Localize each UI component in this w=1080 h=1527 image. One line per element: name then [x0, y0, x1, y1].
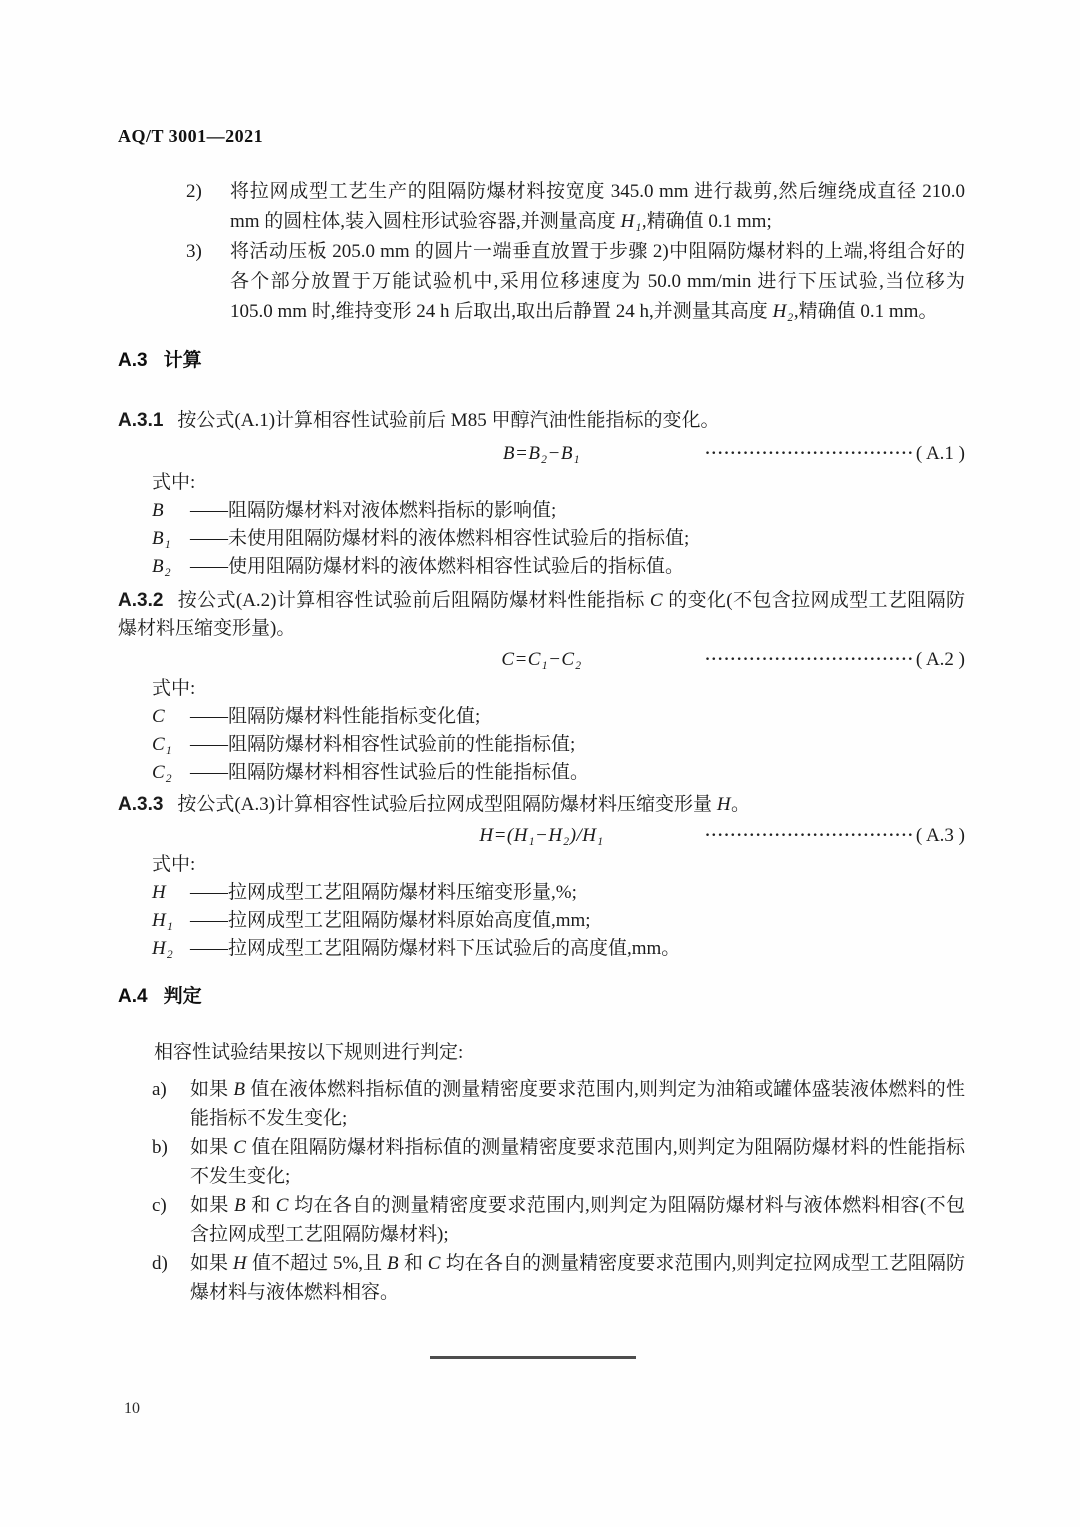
section-number: A.4: [118, 986, 148, 1007]
item-letter: c): [152, 1191, 190, 1249]
leader-dots: ·································: [705, 445, 914, 462]
paragraph-text: 按公式(A.1)计算相容性试验前后 M85 甲醇汽油性能指标的变化。: [177, 410, 719, 431]
formula-label: ( A.2 ): [916, 649, 965, 670]
definition-term: H: [152, 879, 190, 907]
formula-leader: ·································( A.3 ): [705, 821, 965, 851]
end-of-document-rule: [430, 1356, 636, 1359]
formula-a3: H=(H₁−H₂)/H₁ ···························…: [118, 821, 965, 851]
definition-term: B₁: [152, 525, 190, 553]
leader-dots: ·································: [705, 651, 914, 668]
item-text: 如果 B 值在液体燃料指标值的测量精密度要求范围内,则判定为油箱或罐体盛装液体燃…: [190, 1075, 965, 1133]
definition-description: ——未使用阻隔防爆材料的液体燃料相容性试验后的指标值;: [190, 525, 965, 553]
judgment-item: b) 如果 C 值在阻隔防爆材料指标值的测量精密度要求范围内,则判定为阻隔防爆材…: [118, 1133, 965, 1191]
section-title: 判定: [164, 986, 202, 1007]
definition-item: B——阻隔防爆材料对液体燃料指标的影响值;: [152, 497, 965, 525]
definition-description: ——使用阻隔防爆材料的液体燃料相容性试验后的指标值。: [190, 553, 965, 581]
item-text: 将活动压板 205.0 mm 的圆片一端垂直放置于步骤 2)中阻隔防爆材料的上端…: [230, 237, 965, 327]
section-heading-a4: A.4判定: [118, 985, 965, 1009]
definition-term: B: [152, 497, 190, 525]
judgment-item: c) 如果 B 和 C 均在各自的测量精密度要求范围内,则判定为阻隔防爆材料与液…: [118, 1191, 965, 1249]
paragraph-a32: A.3.2按公式(A.2)计算相容性试验前后阻隔防爆材料性能指标 C 的变化(不…: [118, 587, 965, 643]
definition-term: C: [152, 703, 190, 731]
section-title: 计算: [164, 350, 202, 371]
judgment-list: a) 如果 B 值在液体燃料指标值的测量精密度要求范围内,则判定为油箱或罐体盛装…: [118, 1075, 965, 1307]
formula-label: ( A.1 ): [916, 443, 965, 464]
item-letter: d): [152, 1249, 190, 1307]
page-number: 10: [124, 1400, 140, 1418]
judgment-item: a) 如果 B 值在液体燃料指标值的测量精密度要求范围内,则判定为油箱或罐体盛装…: [118, 1075, 965, 1133]
formula-a2: C=C₁−C₂ ································…: [118, 645, 965, 675]
item-number: 3): [186, 237, 230, 327]
section-number: A.3: [118, 350, 148, 371]
doc-header: AQ/T 3001—2021: [118, 126, 965, 147]
definition-term: C₂: [152, 759, 190, 787]
judgment-intro: 相容性试验结果按以下规则进行判定:: [154, 1039, 965, 1067]
definition-term: B₂: [152, 553, 190, 581]
definition-item: B₁——未使用阻隔防爆材料的液体燃料相容性试验后的指标值;: [152, 525, 965, 553]
leader-dots: ·································: [705, 827, 914, 844]
document-page: AQ/T 3001—2021 2) 将拉网成型工艺生产的阻隔防爆材料按宽度 34…: [0, 0, 1080, 1527]
paragraph-text: 按公式(A.3)计算相容性试验后拉网成型阻隔防爆材料压缩变形量 H。: [177, 794, 750, 815]
definition-description: ——拉网成型工艺阻隔防爆材料压缩变形量,%;: [190, 879, 965, 907]
formula-label: ( A.3 ): [916, 825, 965, 846]
item-number: 2): [186, 177, 230, 237]
definition-description: ——阻隔防爆材料性能指标变化值;: [190, 703, 965, 731]
where-label: 式中:: [152, 675, 965, 703]
paragraph-number: A.3.3: [118, 794, 163, 815]
formula-leader: ·································( A.2 ): [705, 645, 965, 675]
paragraph-number: A.3.2: [118, 590, 163, 611]
judgment-item: d) 如果 H 值不超过 5%,且 B 和 C 均在各自的测量精密度要求范围内,…: [118, 1249, 965, 1307]
paragraph-text: 按公式(A.2)计算相容性试验前后阻隔防爆材料性能指标 C 的变化(不包含拉网成…: [118, 590, 965, 639]
paragraph-a31: A.3.1按公式(A.1)计算相容性试验前后 M85 甲醇汽油性能指标的变化。: [118, 407, 965, 435]
definition-item: C₁——阻隔防爆材料相容性试验前的性能指标值;: [152, 731, 965, 759]
page-content: AQ/T 3001—2021 2) 将拉网成型工艺生产的阻隔防爆材料按宽度 34…: [0, 0, 1080, 1307]
definition-description: ——拉网成型工艺阻隔防爆材料原始高度值,mm;: [190, 907, 965, 935]
definition-description: ——拉网成型工艺阻隔防爆材料下压试验后的高度值,mm。: [190, 935, 965, 963]
item-letter: a): [152, 1075, 190, 1133]
definition-description: ——阻隔防爆材料相容性试验前的性能指标值;: [190, 731, 965, 759]
item-text: 如果 H 值不超过 5%,且 B 和 C 均在各自的测量精密度要求范围内,则判定…: [190, 1249, 965, 1307]
where-label: 式中:: [152, 469, 965, 497]
section-heading-a3: A.3计算: [118, 349, 965, 373]
item-text: 将拉网成型工艺生产的阻隔防爆材料按宽度 345.0 mm 进行裁剪,然后缠绕成直…: [230, 177, 965, 237]
definition-term: H₂: [152, 935, 190, 963]
formula-a1: B=B₂−B₁ ································…: [118, 439, 965, 469]
paragraph-a33: A.3.3按公式(A.3)计算相容性试验后拉网成型阻隔防爆材料压缩变形量 H。: [118, 791, 965, 819]
definition-item: C₂——阻隔防爆材料相容性试验后的性能指标值。: [152, 759, 965, 787]
procedure-item: 2) 将拉网成型工艺生产的阻隔防爆材料按宽度 345.0 mm 进行裁剪,然后缠…: [118, 177, 965, 237]
definition-description: ——阻隔防爆材料相容性试验后的性能指标值。: [190, 759, 965, 787]
item-text: 如果 B 和 C 均在各自的测量精密度要求范围内,则判定为阻隔防爆材料与液体燃料…: [190, 1191, 965, 1249]
definition-item: H₂——拉网成型工艺阻隔防爆材料下压试验后的高度值,mm。: [152, 935, 965, 963]
definition-item: H——拉网成型工艺阻隔防爆材料压缩变形量,%;: [152, 879, 965, 907]
item-text: 如果 C 值在阻隔防爆材料指标值的测量精密度要求范围内,则判定为阻隔防爆材料的性…: [190, 1133, 965, 1191]
definition-term: H₁: [152, 907, 190, 935]
procedure-item: 3) 将活动压板 205.0 mm 的圆片一端垂直放置于步骤 2)中阻隔防爆材料…: [118, 237, 965, 327]
formula-leader: ·································( A.1 ): [705, 439, 965, 469]
paragraph-number: A.3.1: [118, 410, 163, 431]
item-letter: b): [152, 1133, 190, 1191]
definition-item: H₁——拉网成型工艺阻隔防爆材料原始高度值,mm;: [152, 907, 965, 935]
definition-item: C——阻隔防爆材料性能指标变化值;: [152, 703, 965, 731]
definition-item: B₂——使用阻隔防爆材料的液体燃料相容性试验后的指标值。: [152, 553, 965, 581]
definition-term: C₁: [152, 731, 190, 759]
procedure-list: 2) 将拉网成型工艺生产的阻隔防爆材料按宽度 345.0 mm 进行裁剪,然后缠…: [118, 177, 965, 327]
definition-description: ——阻隔防爆材料对液体燃料指标的影响值;: [190, 497, 965, 525]
where-label: 式中:: [152, 851, 965, 879]
